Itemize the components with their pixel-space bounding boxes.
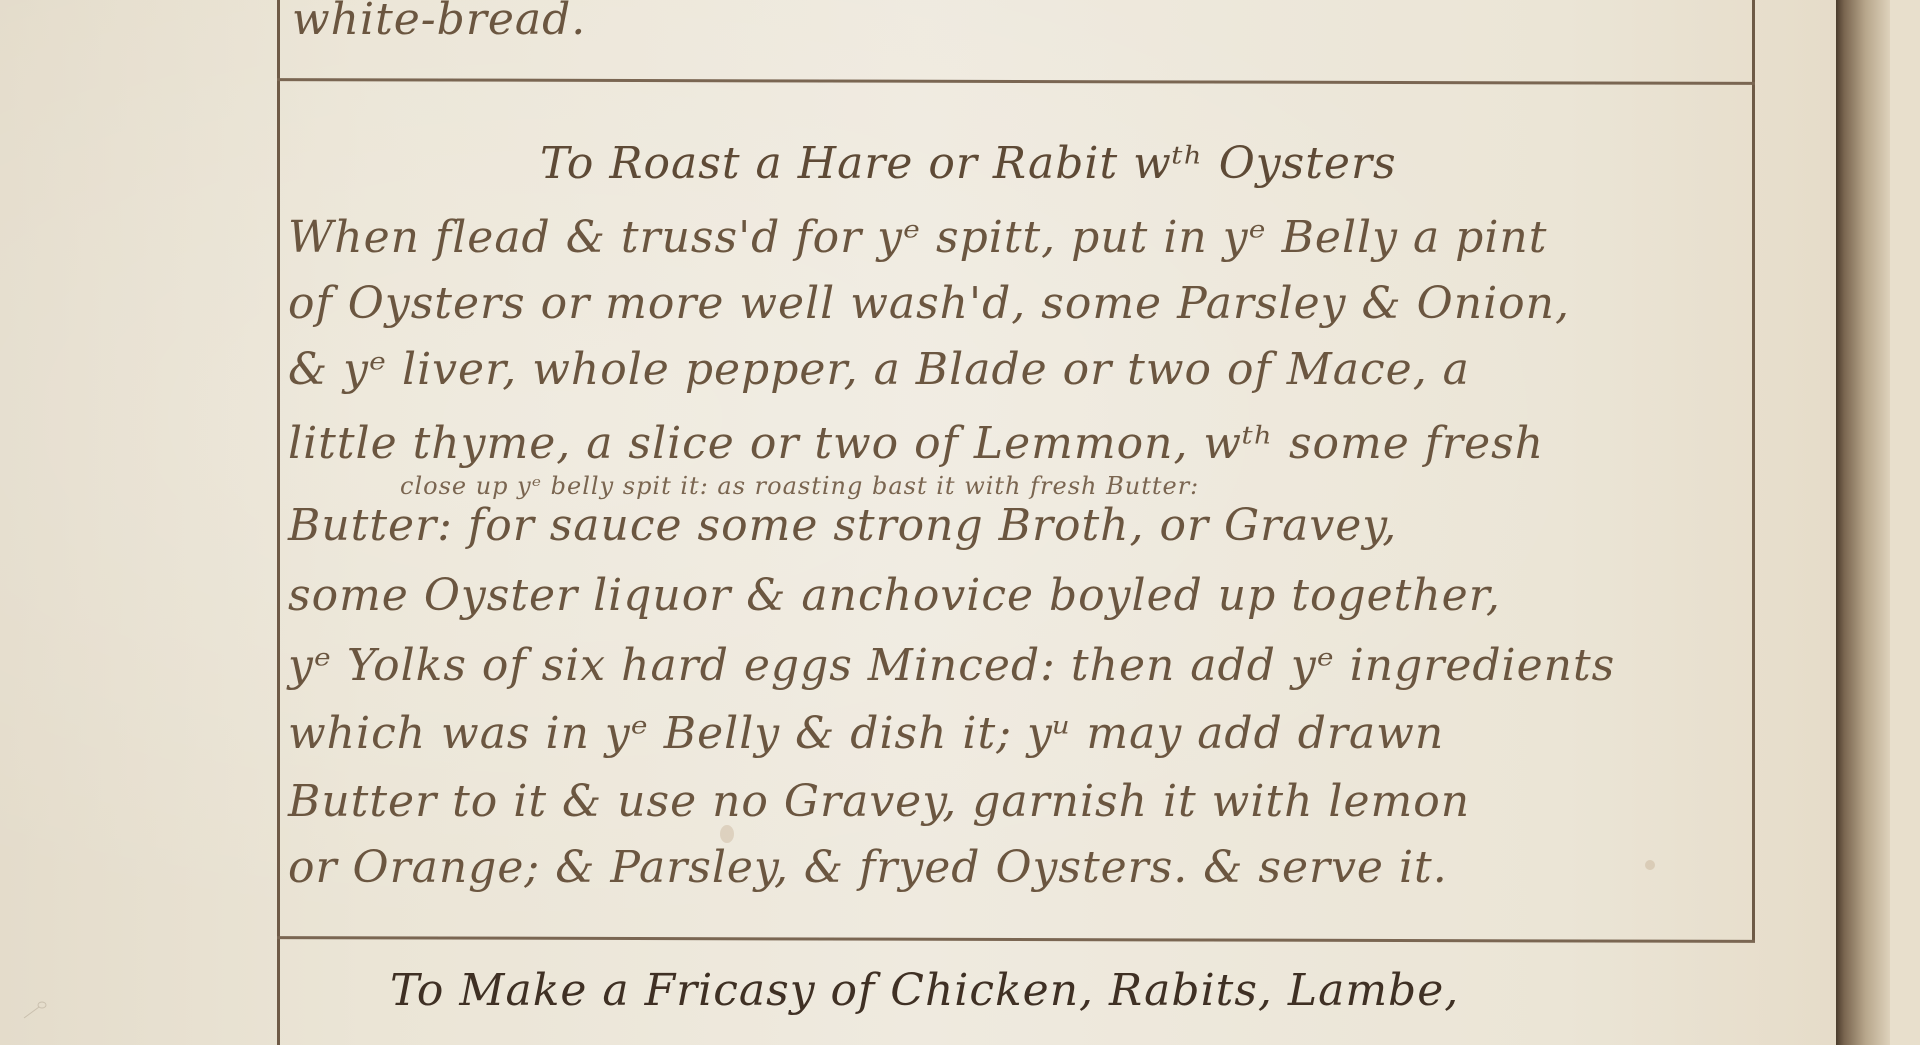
- watermark-spoon-icon: [20, 1000, 110, 1020]
- recipe-line: yᵉ Yolks of six hard eggs Minced: then a…: [288, 640, 1615, 691]
- ink-stain: [720, 825, 734, 843]
- manuscript-page: white-bread. To Roast a Hare or Rabit wᵗ…: [0, 0, 1838, 1045]
- recipe-line: When flead & truss'd for yᵉ spitt, put i…: [288, 212, 1547, 263]
- recipe-line: of Oysters or more well wash'd, some Par…: [288, 278, 1570, 329]
- recipe-line: Butter: for sauce some strong Broth, or …: [288, 500, 1397, 551]
- right-margin-rule: [1752, 0, 1755, 940]
- left-margin-rule: [277, 0, 280, 1045]
- recipe-line: or Orange; & Parsley, & fryed Oysters. &…: [288, 842, 1448, 893]
- previous-recipe-tail: white-bread.: [292, 0, 586, 45]
- interlinear-insertion: close up yᵉ belly spit it: as roasting b…: [400, 472, 1199, 500]
- recipe-title: To Roast a Hare or Rabit wᵗʰ Oysters: [540, 138, 1397, 189]
- recipe-line: some Oyster liquor & anchovice boyled up…: [288, 570, 1501, 621]
- recipe-line: & yᵉ liver, whole pepper, a Blade or two…: [288, 344, 1470, 395]
- recipe-line: Butter to it & use no Gravey, garnish it…: [288, 776, 1470, 827]
- ink-stain: [1645, 860, 1655, 870]
- top-recipe-divider: [277, 78, 1755, 85]
- facing-page-edge: [1890, 0, 1920, 1045]
- recipe-line: which was in yᵉ Belly & dish it; yᵘ may …: [288, 708, 1444, 759]
- bottom-recipe-divider: [277, 936, 1755, 943]
- recipe-line: little thyme, a slice or two of Lemmon, …: [288, 418, 1544, 469]
- next-recipe-title: To Make a Fricasy of Chicken, Rabits, La…: [390, 965, 1459, 1016]
